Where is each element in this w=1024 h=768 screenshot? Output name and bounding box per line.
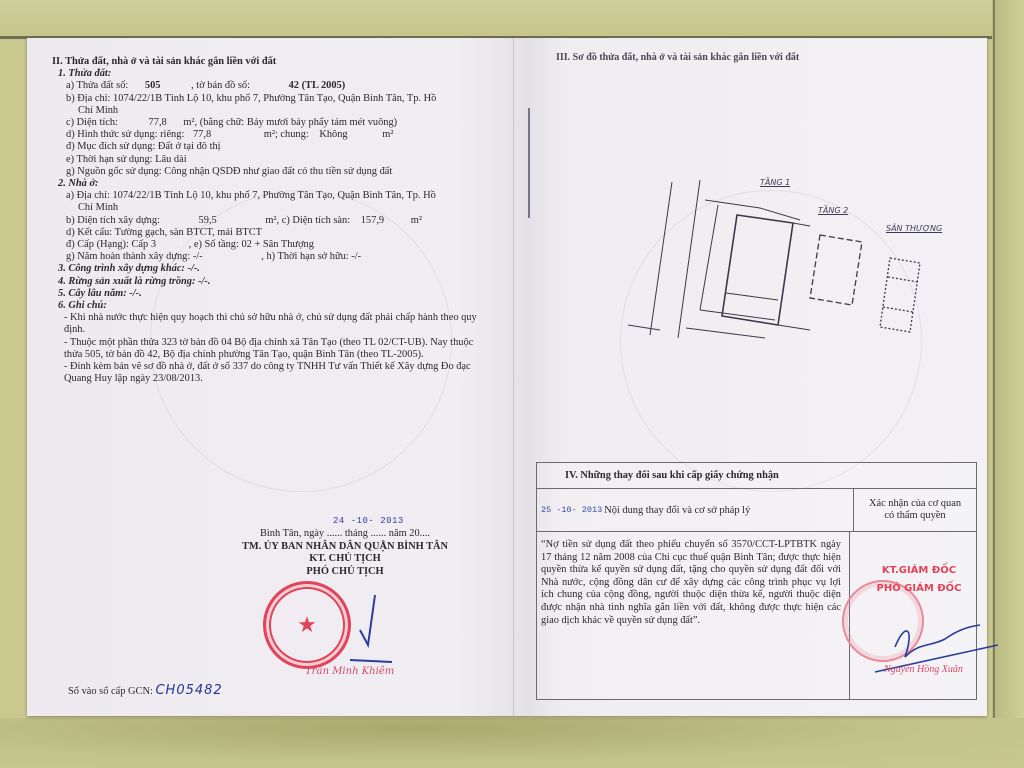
change-content-cell: “Nợ tiền sử dụng đất theo phiếu chuyển s… — [537, 532, 850, 699]
parcel-row: a) Thửa đất số: 505 , tờ bản đồ số: 42 (… — [52, 80, 502, 92]
house-area-row: b) Diện tích xây dựng: 59,5 m², c) Diện … — [52, 215, 502, 227]
usage-unit: m² — [382, 129, 393, 140]
background-surface-top — [0, 0, 1024, 40]
approval-column-header: Xác nhận của cơ quancó thẩm quyền — [854, 489, 976, 531]
floor-1-label: TẦNG 1 — [760, 178, 790, 187]
gcn-number: CH05482 — [155, 683, 222, 698]
change-date-stamp: 25 -10- 2013 — [541, 505, 602, 515]
house-address-continuation: Chí Minh — [52, 202, 502, 214]
house-completion-row: g) Năm hoàn thành xây dựng: -/- , h) Thờ… — [52, 251, 502, 263]
perennial-trees: 5. Cây lâu năm: -/-. — [52, 288, 502, 300]
land-origin: g) Nguồn gốc sử dụng: Công nhận QSDĐ như… — [52, 166, 502, 178]
changes-row: “Nợ tiền sử dụng đất theo phiếu chuyển s… — [537, 532, 976, 699]
approval-title-line2: PHÓ GIÁM ĐỐC — [864, 580, 974, 598]
changes-header-row: 25 -10- 2013 Nội dung thay đổi và cơ sở … — [537, 489, 976, 532]
house-grade: đ) Cấp (Hạng): Cấp 3 — [66, 239, 156, 250]
content-header-label: Nội dung thay đổi và cơ sở pháp lý — [604, 505, 750, 516]
floor-area-label: m², c) Diện tích sàn: — [265, 215, 350, 226]
page-fold — [513, 38, 514, 716]
gcn-label: Số vào sổ cấp GCN: — [68, 686, 153, 697]
rooftop-label: SÂN THƯỢNG — [886, 224, 942, 233]
land-area-unit: m², (bằng chữ: Bảy mươi bảy phẩy tám mét… — [183, 117, 397, 128]
gcn-register-row: Số vào sổ cấp GCN: CH05482 — [68, 683, 223, 698]
land-address-value: 1074/22/1B Tỉnh Lộ 10, khu phố 7, Phường… — [113, 93, 436, 104]
note-item: - Thuộc một phần thửa 323 tờ bản đồ 04 B… — [64, 337, 488, 361]
approval-header-line2: có thẩm quyền — [884, 510, 945, 521]
on-behalf-title: KT. CHỦ TỊCH — [200, 553, 490, 566]
build-area-value: 59,5 — [199, 215, 217, 226]
floor-area-unit: m² — [411, 215, 422, 226]
changes-table: IV. Những thay đổi sau khi cấp giấy chứn… — [536, 462, 977, 700]
notes-heading: 6. Ghi chú: — [52, 300, 502, 312]
land-area-label: c) Diện tích: — [66, 117, 118, 128]
approval-title: KT.GIÁM ĐỐC PHÓ GIÁM ĐỐC — [864, 562, 974, 598]
place-date: Bình Tân, ngày ...... tháng ...... năm 2… — [200, 528, 490, 541]
signature-stroke-icon — [330, 590, 400, 670]
house-structure: d) Kết cấu: Tường gạch, sàn BTCT, mái BT… — [52, 227, 502, 239]
house-address-row: a) Địa chỉ: 1074/22/1B Tỉnh Lộ 10, khu p… — [52, 190, 502, 202]
land-address-continuation: Chí Minh — [52, 105, 502, 117]
usage-common-label: m²; chung: — [264, 129, 309, 140]
change-content-text: “Nợ tiền sử dụng đất theo phiếu chuyển s… — [541, 539, 841, 627]
issuer-signature-block: Bình Tân, ngày ...... tháng ...... năm 2… — [200, 515, 490, 578]
approval-title-line1: KT.GIÁM ĐỐC — [864, 562, 974, 580]
issuing-organization: TM. ỦY BAN NHÂN DÂN QUẬN BÌNH TÂN — [200, 541, 490, 554]
house-completed: g) Năm hoàn thành xây dựng: -/- — [66, 251, 203, 262]
note-item: - Khi nhà nước thực hiện quy hoạch thì c… — [64, 312, 488, 336]
land-address-row: b) Địa chỉ: 1074/22/1B Tỉnh Lộ 10, khu p… — [52, 93, 502, 105]
land-term: e) Thời hạn sử dụng: Lâu dài — [52, 154, 502, 166]
house-grade-row: đ) Cấp (Hạng): Cấp 3 , e) Số tầng: 02 + … — [52, 239, 502, 251]
land-area-row: c) Diện tích: 77,8 m², (bằng chữ: Bảy mư… — [52, 117, 502, 129]
build-area-label: b) Diện tích xây dựng: — [66, 215, 160, 226]
land-purpose: đ) Mục đích sử dụng: Đất ở tại đô thị — [52, 141, 502, 153]
house-address-value: 1074/22/1B Tỉnh Lộ 10, khu phố 7, Phường… — [112, 190, 435, 201]
other-construction: 3. Công trình xây dựng khác: -/-. — [52, 263, 502, 275]
section-2-land-house: II. Thửa đất, nhà ở và tài sản khác gắn … — [52, 56, 502, 385]
north-arrow-icon — [527, 108, 531, 218]
parcel-number: 505 — [145, 80, 161, 91]
site-plan-diagram — [600, 160, 960, 360]
section-3-heading: III. Sơ đồ thửa đất, nhà ở và tài sản kh… — [556, 52, 799, 63]
usage-form-row: d) Hình thức sử dụng: riêng: 77,8 m²; ch… — [52, 129, 502, 141]
production-forest: 4. Rừng sản xuất là rừng trồng: -/-. — [52, 276, 502, 288]
land-area-value: 77,8 — [149, 117, 167, 128]
signer-name: Trần Minh Khiêm — [305, 666, 394, 677]
map-number: 42 (TL 2005) — [289, 80, 346, 91]
house-floors: , e) Số tầng: 02 + Sân Thượng — [189, 239, 314, 250]
map-label: , tờ bản đồ số: — [191, 80, 250, 91]
approval-header-line1: Xác nhận của cơ quan — [869, 498, 961, 509]
floor-area-value: 157,9 — [361, 215, 384, 226]
floor-2-label: TẦNG 2 — [818, 206, 848, 215]
approval-cell: KT.GIÁM ĐỐC PHÓ GIÁM ĐỐC Nguyễn Hồng Xuâ… — [850, 532, 976, 699]
usage-form-label: d) Hình thức sử dụng: riêng: — [66, 129, 184, 140]
signer-role: PHÓ CHỦ TỊCH — [200, 566, 490, 579]
land-address-label: b) Địa chỉ: — [66, 93, 110, 104]
changes-heading: IV. Những thay đổi sau khi cấp giấy chứn… — [537, 463, 976, 489]
house-heading: 2. Nhà ở: — [52, 178, 502, 190]
background-surface-bottom — [0, 718, 1024, 768]
house-address-label: a) Địa chỉ: — [66, 190, 110, 201]
approver-name: Nguyễn Hồng Xuân — [884, 664, 963, 676]
land-heading: 1. Thửa đất: — [52, 68, 502, 80]
usage-private-value: 77,8 — [193, 129, 211, 140]
note-item: - Đính kèm bản vẽ sơ đồ nhà ở, đất ở số … — [64, 361, 488, 385]
content-column-header: 25 -10- 2013 Nội dung thay đổi và cơ sở … — [537, 489, 854, 531]
parcel-label: a) Thửa đất số: — [66, 80, 128, 91]
ownership-term: , h) Thời hạn sở hữu: -/- — [261, 251, 361, 262]
section-2-heading: II. Thửa đất, nhà ở và tài sản khác gắn … — [52, 56, 502, 68]
usage-common-value: Không — [319, 129, 347, 140]
notes-list: - Khi nhà nước thực hiện quy hoạch thì c… — [52, 312, 502, 385]
